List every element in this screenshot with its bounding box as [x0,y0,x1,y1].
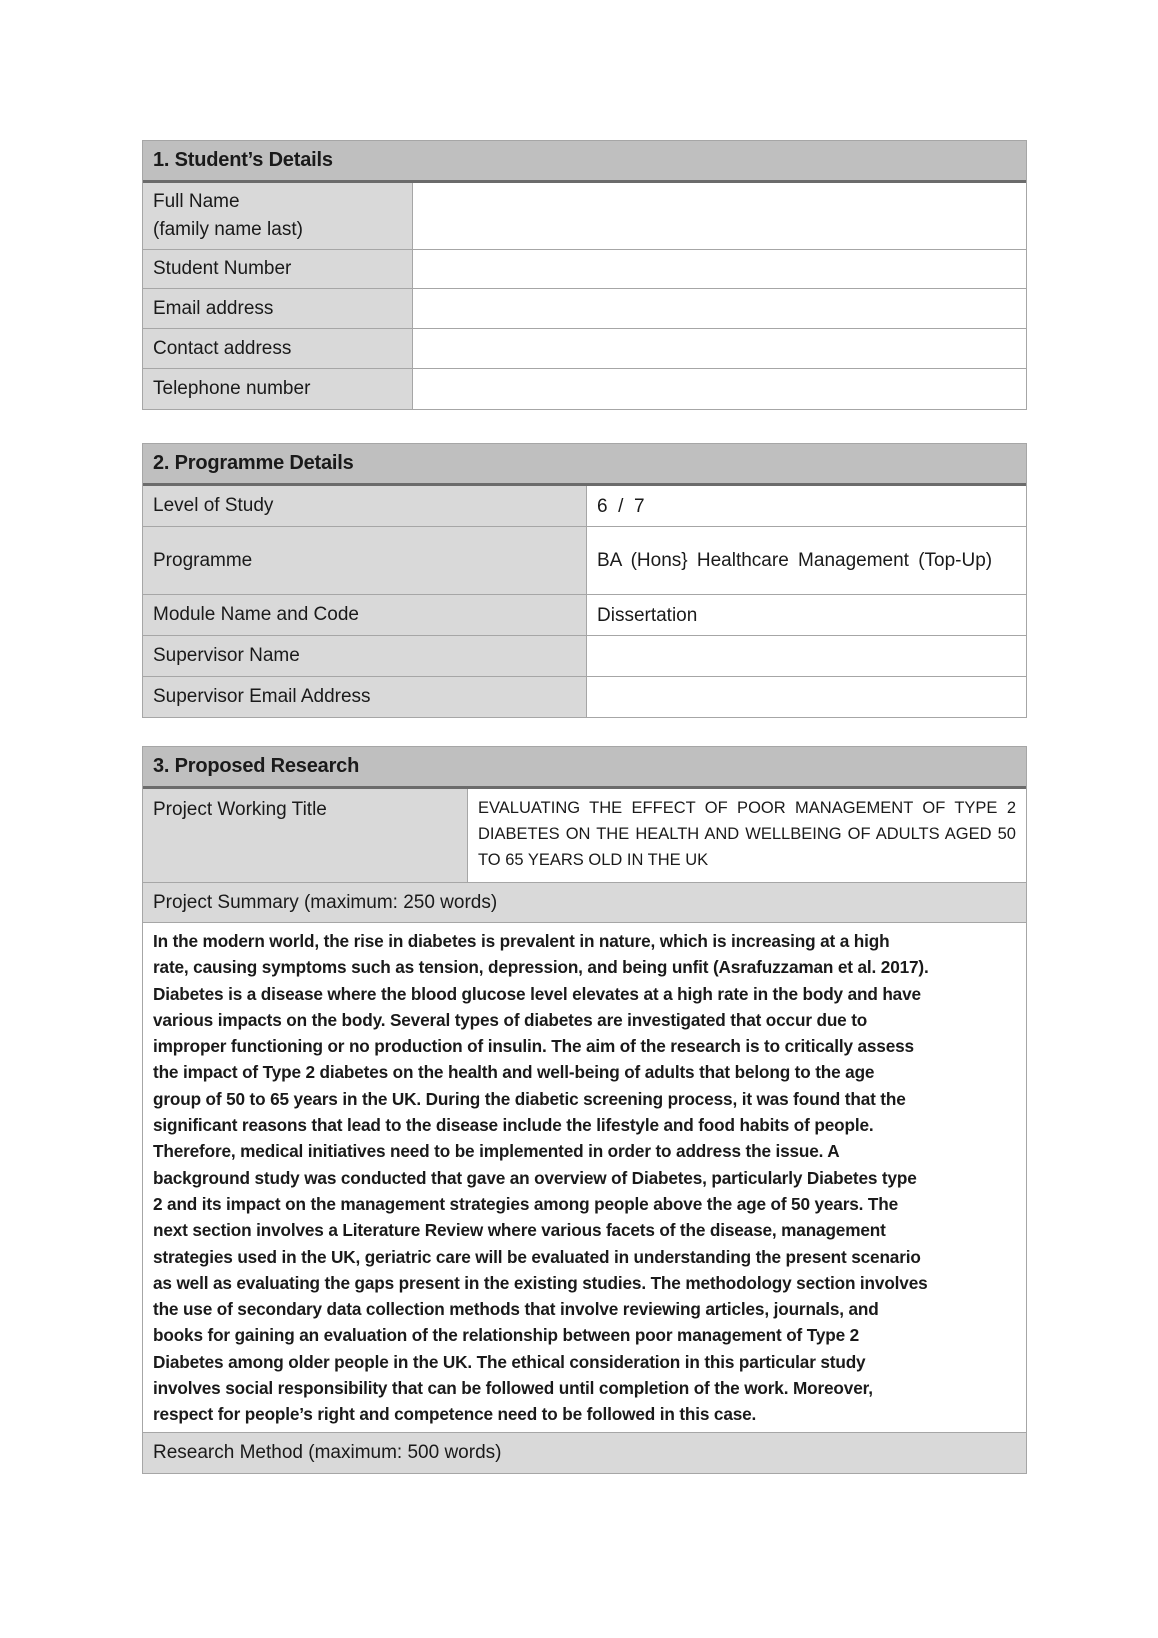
summary-line: books for gaining an evaluation of the r… [153,1322,1016,1348]
summary-line: group of 50 to 65 years in the UK. Durin… [153,1086,1016,1112]
table-row: Programme BA (Hons} Healthcare Managemen… [143,527,1026,595]
table-row: Supervisor Name [143,636,1026,677]
email-address-label: Email address [143,289,413,328]
table-row: Telephone number [143,369,1026,409]
table-row: Student Number [143,250,1026,289]
section-header-proposed-research: 3. Proposed Research [143,747,1026,789]
full-name-label-line1: Full Name [153,188,303,216]
summary-line: strategies used in the UK, geriatric car… [153,1244,1016,1270]
project-summary-label: Project Summary (maximum: 250 words) [143,883,1026,923]
programme-details-table: 2. Programme Details Level of Study 6 / … [142,443,1027,718]
module-name-code-field[interactable]: Dissertation [587,595,1026,635]
programme-field[interactable]: BA (Hons} Healthcare Management (Top-Up) [587,527,1026,594]
project-working-title-field[interactable]: EVALUATING THE EFFECT OF POOR MANAGEMENT… [468,789,1026,882]
summary-line: various impacts on the body. Several typ… [153,1007,1016,1033]
full-name-label-line2: (family name last) [153,216,303,244]
contact-address-label: Contact address [143,329,413,368]
summary-line: next section involves a Literature Revie… [153,1217,1016,1243]
level-of-study-label: Level of Study [143,486,587,526]
summary-line: rate, causing symptoms such as tension, … [153,954,1016,980]
table-row: Email address [143,289,1026,329]
supervisor-name-label: Supervisor Name [143,636,587,676]
supervisor-email-label: Supervisor Email Address [143,677,587,717]
summary-line: significant reasons that lead to the dis… [153,1112,1016,1138]
table-row: Level of Study 6 / 7 [143,486,1026,527]
telephone-number-field[interactable] [413,369,1026,409]
proposed-research-table: 3. Proposed Research Project Working Tit… [142,746,1027,1474]
project-working-title-label: Project Working Title [143,789,468,882]
summary-line: as well as evaluating the gaps present i… [153,1270,1016,1296]
students-details-table: 1. Student’s Details Full Name (family n… [142,140,1027,410]
project-working-title-value: EVALUATING THE EFFECT OF POOR MANAGEMENT… [478,795,1016,873]
project-summary-text[interactable]: In the modern world, the rise in diabete… [143,923,1026,1433]
section-header-students-details: 1. Student’s Details [143,141,1026,183]
full-name-label: Full Name (family name last) [143,183,413,249]
section-header-programme-details: 2. Programme Details [143,444,1026,486]
table-row: Module Name and Code Dissertation [143,595,1026,636]
summary-line: Diabetes is a disease where the blood gl… [153,981,1016,1007]
telephone-number-label: Telephone number [143,369,413,409]
level-of-study-field[interactable]: 6 / 7 [587,486,1026,526]
supervisor-email-field[interactable] [587,677,1026,717]
summary-line: Diabetes among older people in the UK. T… [153,1349,1016,1375]
module-name-code-label: Module Name and Code [143,595,587,635]
summary-line: 2 and its impact on the management strat… [153,1191,1016,1217]
student-number-label: Student Number [143,250,413,288]
programme-label: Programme [143,527,587,594]
table-row: Contact address [143,329,1026,369]
summary-line: the impact of Type 2 diabetes on the hea… [153,1059,1016,1085]
student-number-field[interactable] [413,250,1026,288]
table-row: Full Name (family name last) [143,183,1026,250]
summary-line: involves social responsibility that can … [153,1375,1016,1401]
email-address-field[interactable] [413,289,1026,328]
table-row: Supervisor Email Address [143,677,1026,717]
summary-line: respect for people’s right and competenc… [153,1401,1016,1427]
summary-line: improper functioning or no production of… [153,1033,1016,1059]
contact-address-field[interactable] [413,329,1026,368]
summary-line: the use of secondary data collection met… [153,1296,1016,1322]
research-method-label: Research Method (maximum: 500 words) [143,1433,1026,1473]
summary-line: background study was conducted that gave… [153,1165,1016,1191]
summary-line: Therefore, medical initiatives need to b… [153,1138,1016,1164]
summary-line: In the modern world, the rise in diabete… [153,928,1016,954]
supervisor-name-field[interactable] [587,636,1026,676]
full-name-field[interactable] [413,183,1026,249]
table-row: Project Working Title EVALUATING THE EFF… [143,789,1026,883]
programme-value: BA (Hons} Healthcare Management (Top-Up) [597,547,992,574]
